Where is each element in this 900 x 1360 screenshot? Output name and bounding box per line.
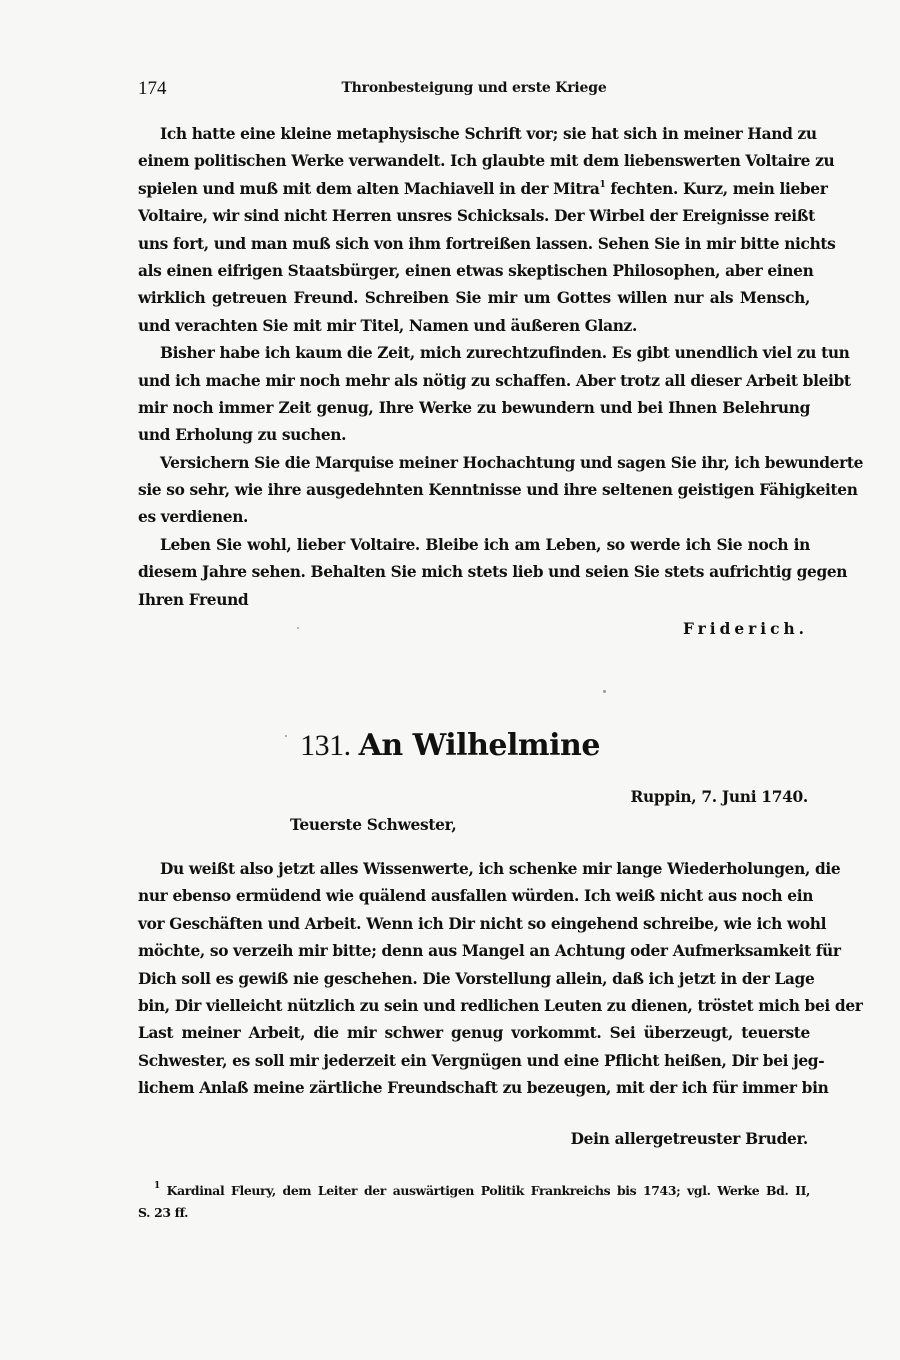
letter-131-body: Du weißt also jetzt alles Wissenwerte, i… — [138, 856, 810, 1103]
text-line: wirklich getreuen Freund. Schreiben Sie … — [138, 285, 810, 312]
closing-line: Dein allergetreuster Bruder. — [571, 1130, 808, 1148]
text-line: Bisher habe ich kaum die Zeit, mich zure… — [138, 340, 810, 367]
text-line: Voltaire, wir sind nicht Herren unsres S… — [138, 203, 810, 230]
scan-speck — [297, 627, 299, 629]
text-line: lichem Anlaß meine zärtliche Freundschaf… — [138, 1075, 810, 1102]
footnote-text: Kardinal Fleury, dem Leiter der auswärti… — [167, 1183, 810, 1198]
text-line: Leben Sie wohl, lieber Voltaire. Bleibe … — [138, 532, 810, 559]
footnote: 1 Kardinal Fleury, dem Leiter der auswär… — [138, 1180, 810, 1224]
running-head-title: Thronbesteigung und erste Kriege — [138, 80, 810, 96]
text-segment: spielen und muß mit dem alten Machiavell… — [138, 180, 599, 198]
text-line: sie so sehr, wie ihre ausgedehnten Kennt… — [138, 477, 810, 504]
text-line: bin, Dir vielleicht nützlich zu sein und… — [138, 993, 810, 1020]
text-line: einem politischen Werke verwandelt. Ich … — [138, 148, 810, 175]
text-line: und Erholung zu suchen. — [138, 422, 810, 449]
text-line: Dich soll es gewiß nie geschehen. Die Vo… — [138, 966, 810, 993]
signature-friderich: Friderich. — [683, 620, 808, 638]
text-line: diesem Jahre sehen. Behalten Sie mich st… — [138, 559, 810, 586]
letter-heading: 131.An Wilhelmine — [0, 728, 900, 763]
text-line: möchte, so verzeih mir bitte; denn aus M… — [138, 938, 810, 965]
text-line: Ich hatte eine kleine metaphysische Schr… — [138, 121, 810, 148]
running-head: 174 Thronbesteigung und erste Kriege — [138, 78, 810, 102]
place-date: Ruppin, 7. Juni 1740. — [631, 788, 808, 806]
text-line: Last meiner Arbeit, die mir schwer genug… — [138, 1020, 810, 1047]
text-line: als einen eifrigen Staatsbürger, einen e… — [138, 258, 810, 285]
text-line: nur ebenso ermüdend wie quälend ausfalle… — [138, 883, 810, 910]
letter-130-body: Ich hatte eine kleine metaphysische Schr… — [138, 121, 810, 614]
text-line: mir noch immer Zeit genug, Ihre Werke zu… — [138, 395, 810, 422]
footnote-number: 1 — [154, 1181, 160, 1191]
text-line-with-footnote: spielen und muß mit dem alten Machiavell… — [138, 176, 810, 203]
text-segment: fechten. Kurz, mein lieber — [605, 180, 827, 198]
text-line: uns fort, und man muß sich von ihm fortr… — [138, 231, 810, 258]
scan-speck — [285, 735, 287, 737]
text-line: und verachten Sie mit mir Titel, Namen u… — [138, 313, 810, 340]
salutation: Teuerste Schwester, — [290, 816, 456, 834]
text-line: es verdienen. — [138, 504, 810, 531]
letter-number: 131. — [300, 729, 351, 762]
text-line: Du weißt also jetzt alles Wissenwerte, i… — [138, 856, 810, 883]
text-line: Versichern Sie die Marquise meiner Hocha… — [138, 450, 810, 477]
footnote-line: S. 23 ff. — [138, 1202, 810, 1224]
text-line: vor Geschäften und Arbeit. Wenn ich Dir … — [138, 911, 810, 938]
text-line: Ihren Freund — [138, 587, 810, 614]
text-line: Schwester, es soll mir jederzeit ein Ver… — [138, 1048, 810, 1075]
scan-speck — [603, 690, 606, 693]
text-line: und ich mache mir noch mehr als nötig zu… — [138, 368, 810, 395]
book-page: 174 Thronbesteigung und erste Kriege Ich… — [0, 0, 900, 1360]
footnote-line: 1 Kardinal Fleury, dem Leiter der auswär… — [138, 1180, 810, 1202]
letter-title: An Wilhelmine — [359, 728, 600, 763]
